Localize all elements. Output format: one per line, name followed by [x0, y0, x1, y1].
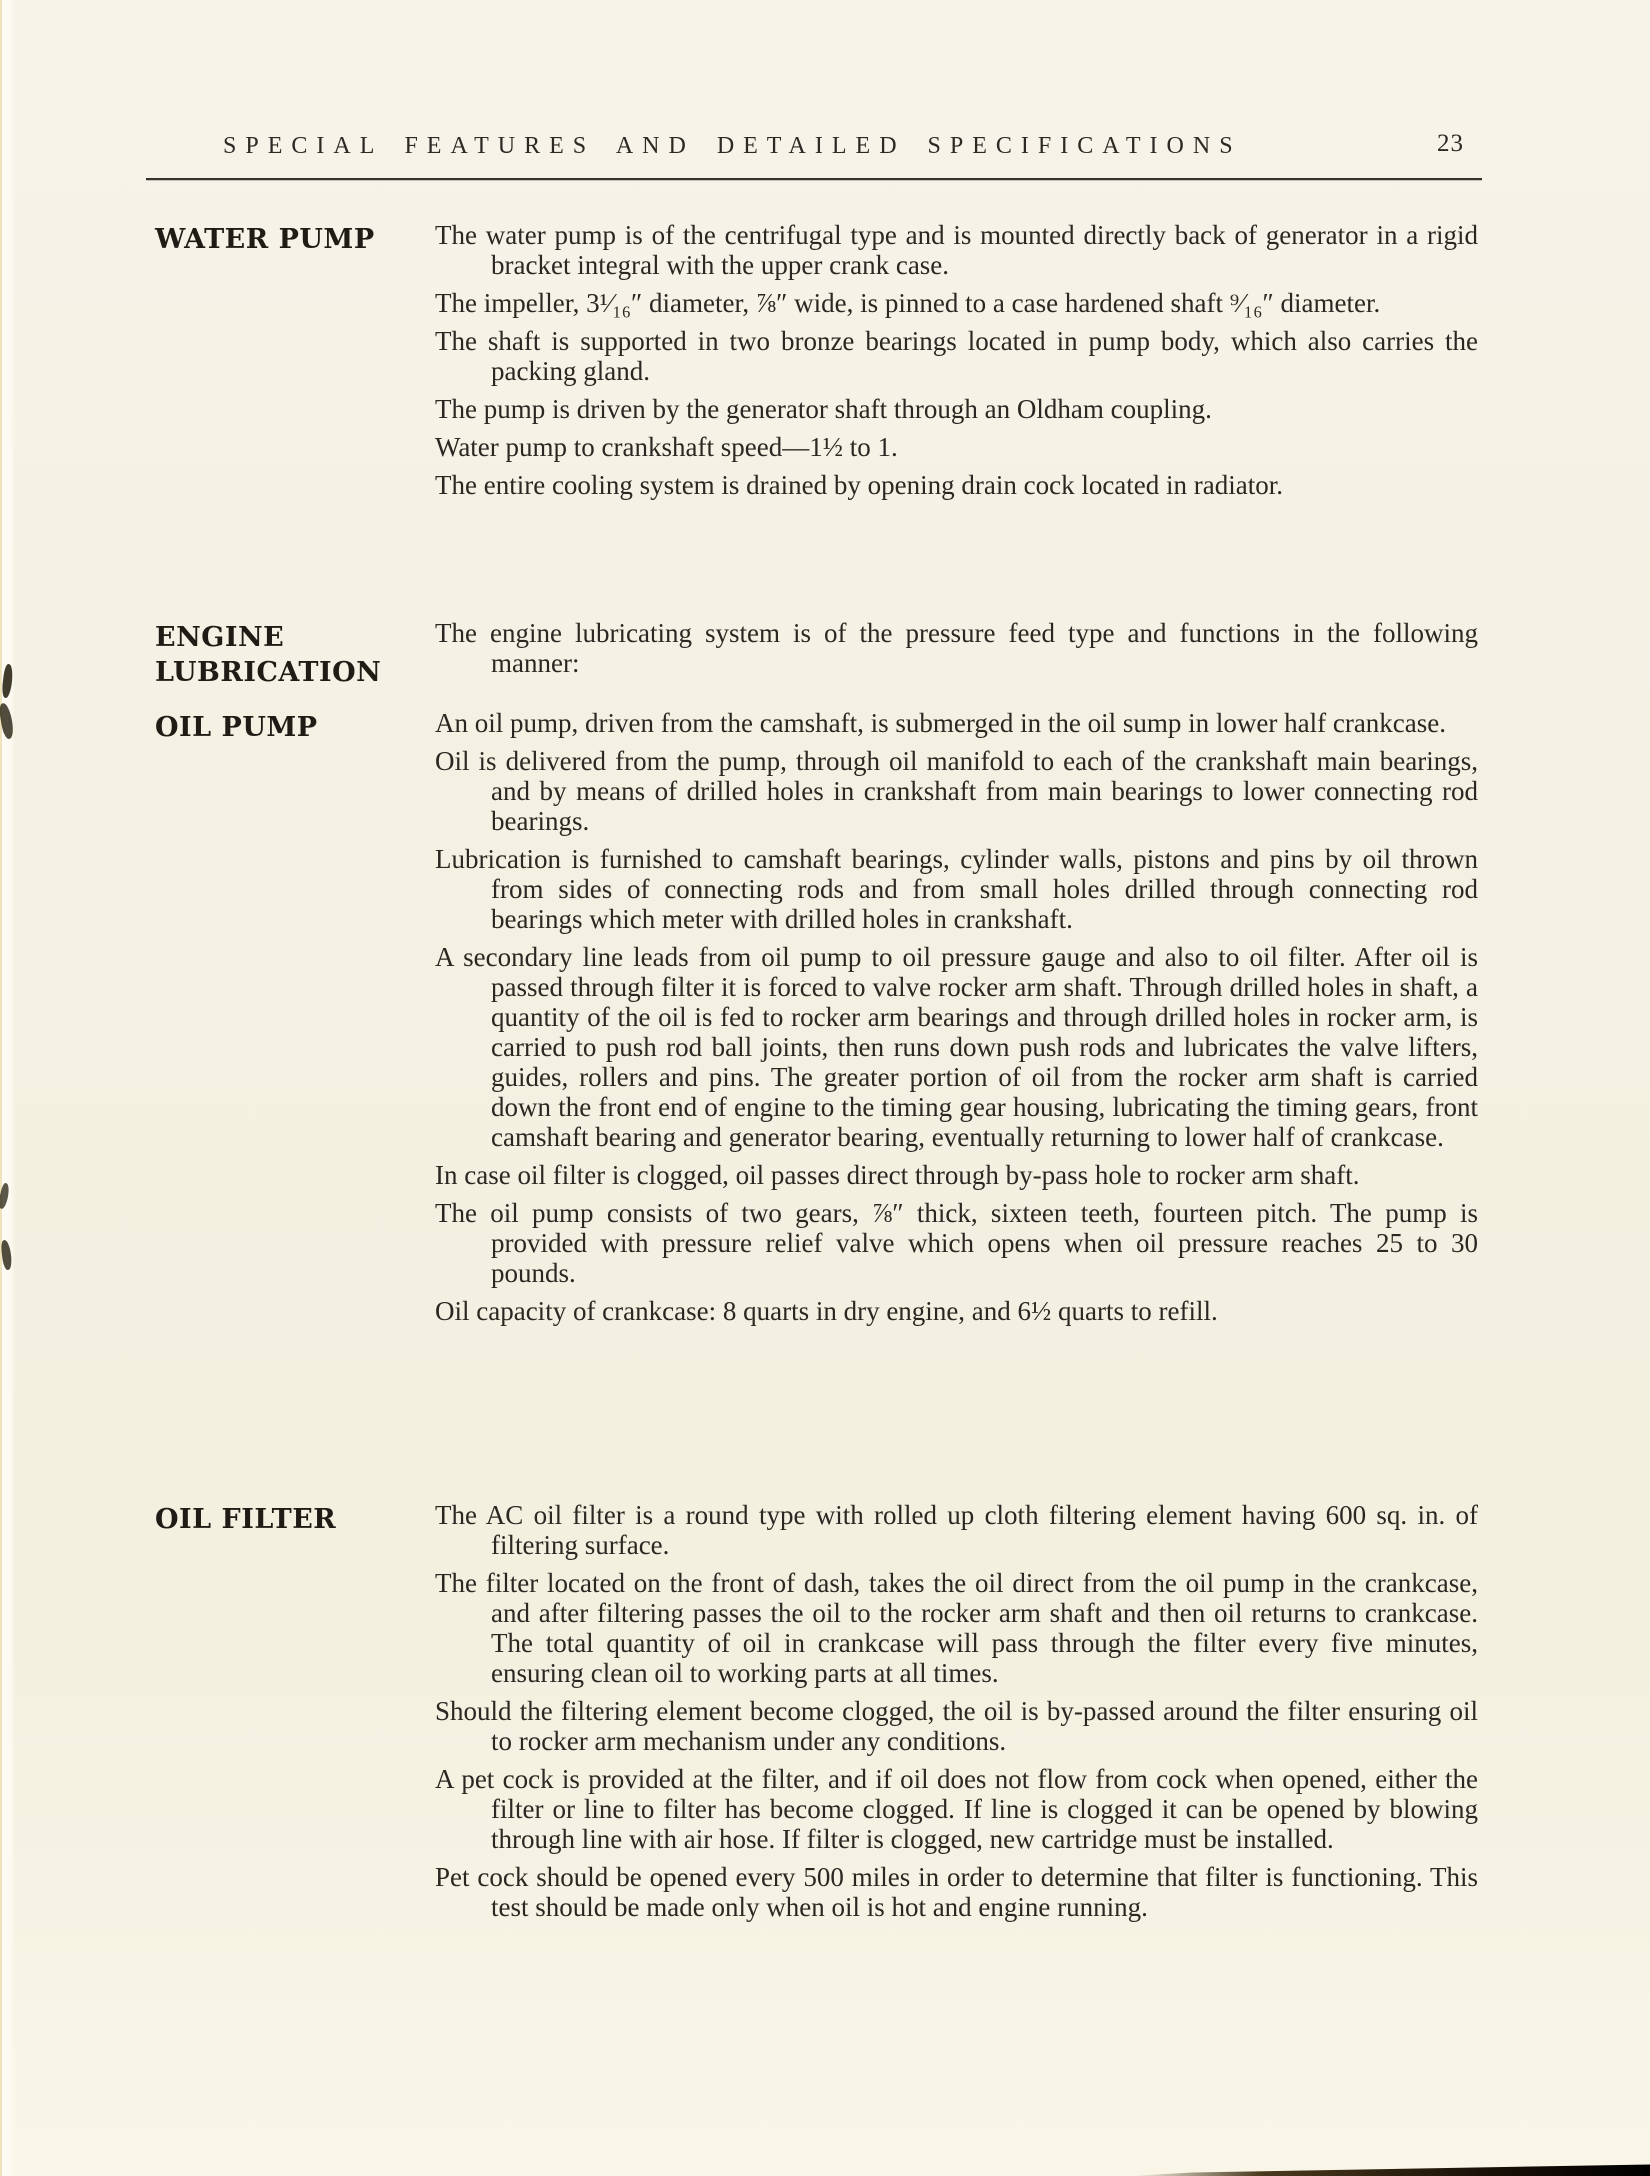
paragraph: A pet cock is provided at the filter, an…	[435, 1764, 1478, 1854]
paragraph: The filter located on the front of dash,…	[435, 1568, 1478, 1688]
section-body: An oil pump, driven from the camshaft, i…	[435, 708, 1478, 1334]
section-body: The AC oil filter is a round type with r…	[435, 1500, 1478, 1930]
section-body: The water pump is of the centrifugal typ…	[435, 220, 1478, 508]
section-heading-engine-lubrication: ENGINE LUBRICATION	[155, 618, 435, 690]
section-oil-pump: OIL PUMP An oil pump, driven from the ca…	[155, 708, 1478, 1334]
paragraph: The impeller, 3¹⁄₁₆″ diameter, ⅞″ wide, …	[435, 288, 1478, 318]
paragraph: Lubrication is furnished to camshaft bea…	[435, 844, 1478, 934]
section-heading-oil-filter: OIL FILTER	[155, 1500, 435, 1930]
section-engine-lubrication: ENGINE LUBRICATION The engine lubricatin…	[155, 618, 1478, 690]
running-header-title: SPECIAL FEATURES AND DETAILED SPECIFICAT…	[223, 131, 1242, 161]
paragraph: Oil is delivered from the pump, through …	[435, 746, 1478, 836]
paragraph: The engine lubricating system is of the …	[435, 618, 1478, 678]
paragraph: The pump is driven by the generator shaf…	[435, 394, 1478, 424]
paragraph: The entire cooling system is drained by …	[435, 470, 1478, 500]
paragraph: The AC oil filter is a round type with r…	[435, 1500, 1478, 1560]
scanned-manual-page: SPECIAL FEATURES AND DETAILED SPECIFICAT…	[0, 0, 1650, 2176]
paragraph: Water pump to crankshaft speed—1½ to 1.	[435, 432, 1478, 462]
paragraph: An oil pump, driven from the camshaft, i…	[435, 708, 1478, 738]
section-body: The engine lubricating system is of the …	[435, 618, 1478, 690]
section-water-pump: WATER PUMP The water pump is of the cent…	[155, 220, 1478, 508]
paragraph: The shaft is supported in two bronze bea…	[435, 326, 1478, 386]
section-heading-water-pump: WATER PUMP	[155, 220, 435, 508]
section-heading-oil-pump: OIL PUMP	[155, 708, 435, 1334]
section-oil-filter: OIL FILTER The AC oil filter is a round …	[155, 1500, 1478, 1930]
scan-edge-left	[0, 0, 15, 2176]
paragraph: In case oil filter is clogged, oil passe…	[435, 1160, 1478, 1190]
paragraph: The oil pump consists of two gears, ⅞″ t…	[435, 1198, 1478, 1288]
paragraph: A secondary line leads from oil pump to …	[435, 942, 1478, 1152]
page-number: 23	[1437, 130, 1464, 158]
paragraph: Pet cock should be opened every 500 mile…	[435, 1862, 1478, 1922]
paragraph: The water pump is of the centrifugal typ…	[435, 220, 1478, 280]
paragraph: Oil capacity of crankcase: 8 quarts in d…	[435, 1296, 1478, 1326]
header-rule	[146, 178, 1482, 180]
scan-shadow-bottom	[1130, 2160, 1650, 2176]
paragraph: Should the filtering element become clog…	[435, 1696, 1478, 1756]
